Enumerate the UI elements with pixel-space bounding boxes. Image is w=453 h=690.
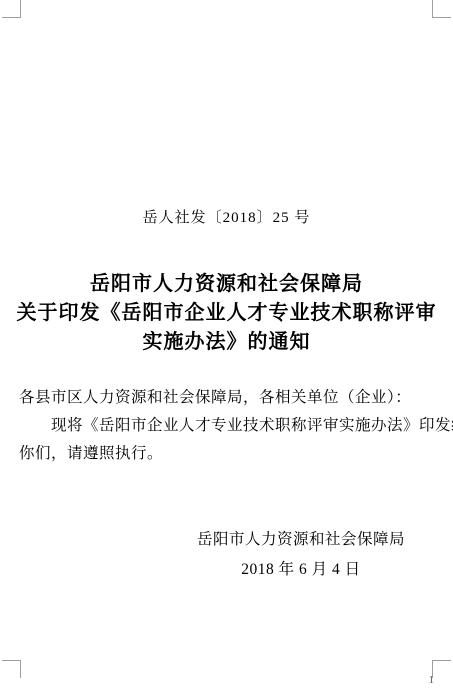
margin-mark-top-right [432, 0, 451, 18]
body-paragraph-line-2: 你们，请遵照执行。 [19, 440, 445, 468]
document-page: 岳人社发〔2018〕25 号 岳阳市人力资源和社会保障局 关于印发《岳阳市企业人… [0, 0, 453, 690]
notice-body: 各县市区人力资源和社会保障局，各相关单位（企业）： 现将《岳阳市企业人才专业技术… [19, 384, 445, 468]
signature-date: 2018 年 6 月 4 日 [150, 555, 452, 585]
page-number: 1 [429, 673, 435, 687]
body-salutation: 各县市区人力资源和社会保障局，各相关单位（企业）： [19, 384, 445, 412]
signature-block: 岳阳市人力资源和社会保障局 2018 年 6 月 4 日 [150, 525, 452, 585]
notice-title: 岳阳市人力资源和社会保障局 关于印发《岳阳市企业人才专业技术职称评审 实施办法》… [0, 270, 453, 357]
margin-mark-bottom-right [432, 660, 451, 678]
signature-agency: 岳阳市人力资源和社会保障局 [150, 525, 452, 555]
doc-number: 岳人社发〔2018〕25 号 [0, 206, 453, 227]
title-line-3: 实施办法》的通知 [0, 328, 453, 357]
title-line-1: 岳阳市人力资源和社会保障局 [0, 270, 453, 299]
margin-mark-bottom-left [2, 660, 21, 678]
body-paragraph-line-1: 现将《岳阳市企业人才专业技术职称评审实施办法》印发给 [19, 412, 445, 440]
title-line-2: 关于印发《岳阳市企业人才专业技术职称评审 [0, 299, 453, 328]
margin-mark-top-left [2, 0, 21, 18]
